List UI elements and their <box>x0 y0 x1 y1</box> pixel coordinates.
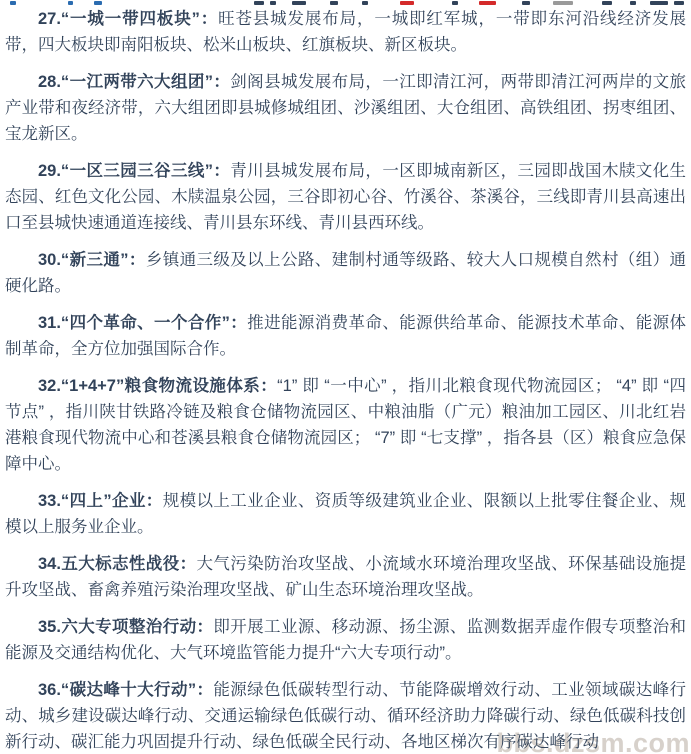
term-label: 34.五大标志性战役： <box>38 555 196 573</box>
clipped-text-fragment <box>94 1 102 5</box>
term-label: 35.六大专项整治行动： <box>38 618 213 636</box>
clipped-text-fragment <box>10 1 16 5</box>
glossary-item-31: 31.“四个革命、一个合作”：推进能源消费革命、能源供给革命、能源技术革命、能源… <box>5 310 686 362</box>
glossary-document: 27.“一城一带四板块”：旺苍县城发展布局，一城即红军城，一带即东河沿线经济发展… <box>0 0 691 754</box>
clipped-text-fragment <box>674 1 684 5</box>
glossary-item-35: 35.六大专项整治行动：即开展工业源、移动源、扬尘源、监测数据弄虚作假专项整治和… <box>5 614 686 666</box>
clipped-text-fragment <box>270 1 276 5</box>
clipped-text-fragment <box>362 1 368 5</box>
clipped-text-fragment <box>553 1 573 5</box>
clipped-text-fragment <box>452 1 458 5</box>
glossary-item-33: 33.“四上”企业：规模以上工业企业、资质等级建筑业企业、限额以上批零住餐企业、… <box>5 488 686 540</box>
clipped-previous-line <box>0 0 691 7</box>
clipped-text-fragment <box>650 1 668 5</box>
clipped-text-fragment <box>330 1 338 5</box>
glossary-item-34: 34.五大标志性战役：大气污染防治攻坚战、小流域水环境治理攻坚战、环保基础设施提… <box>5 551 686 603</box>
glossary-item-27: 27.“一城一带四板块”：旺苍县城发展布局，一城即红军城，一带即东河沿线经济发展… <box>5 6 686 58</box>
term-label: 36.“碳达峰十大行动”： <box>38 681 213 699</box>
glossary-item-29: 29.“一区三园三谷三线”：青川县城发展布局，一区即城南新区，三园即战国木牍文化… <box>5 158 686 236</box>
term-label: 30.“新三通”： <box>38 251 146 269</box>
term-label: 32.“1+4+7”粮食物流设施体系： <box>38 377 277 395</box>
glossary-item-28: 28.“一江两带六大组团”：剑阁县城发展布局，一江即清江河，两带即清江河两岸的文… <box>5 69 686 147</box>
glossary-item-36: 36.“碳达峰十大行动”：能源绿色低碳转型行动、节能降碳增效行动、工业领域碳达峰… <box>5 677 686 754</box>
clipped-text-fragment <box>68 1 73 5</box>
term-label: 29.“一区三园三谷三线”： <box>38 162 230 180</box>
term-label: 28.“一江两带六大组团”： <box>38 73 230 91</box>
clipped-text-fragment <box>630 1 636 5</box>
glossary-item-30: 30.“新三通”：乡镇通三级及以上公路、建制村通等级路、较大人口规模自然村（组）… <box>5 247 686 299</box>
term-label: 31.“四个革命、一个合作”： <box>38 314 247 332</box>
clipped-text-fragment <box>254 1 264 5</box>
clipped-text-fragment <box>400 1 414 5</box>
clipped-text-fragment <box>522 1 530 5</box>
term-label: 33.“四上”企业： <box>38 492 163 510</box>
term-label: 27.“一城一带四板块”： <box>38 10 218 28</box>
clipped-text-fragment <box>292 1 306 5</box>
glossary-item-32: 32.“1+4+7”粮食物流设施体系：“1” 即 “一中心” ，指川北粮食现代物… <box>5 373 686 477</box>
clipped-text-fragment <box>479 1 496 5</box>
clipped-text-fragment <box>602 1 612 5</box>
